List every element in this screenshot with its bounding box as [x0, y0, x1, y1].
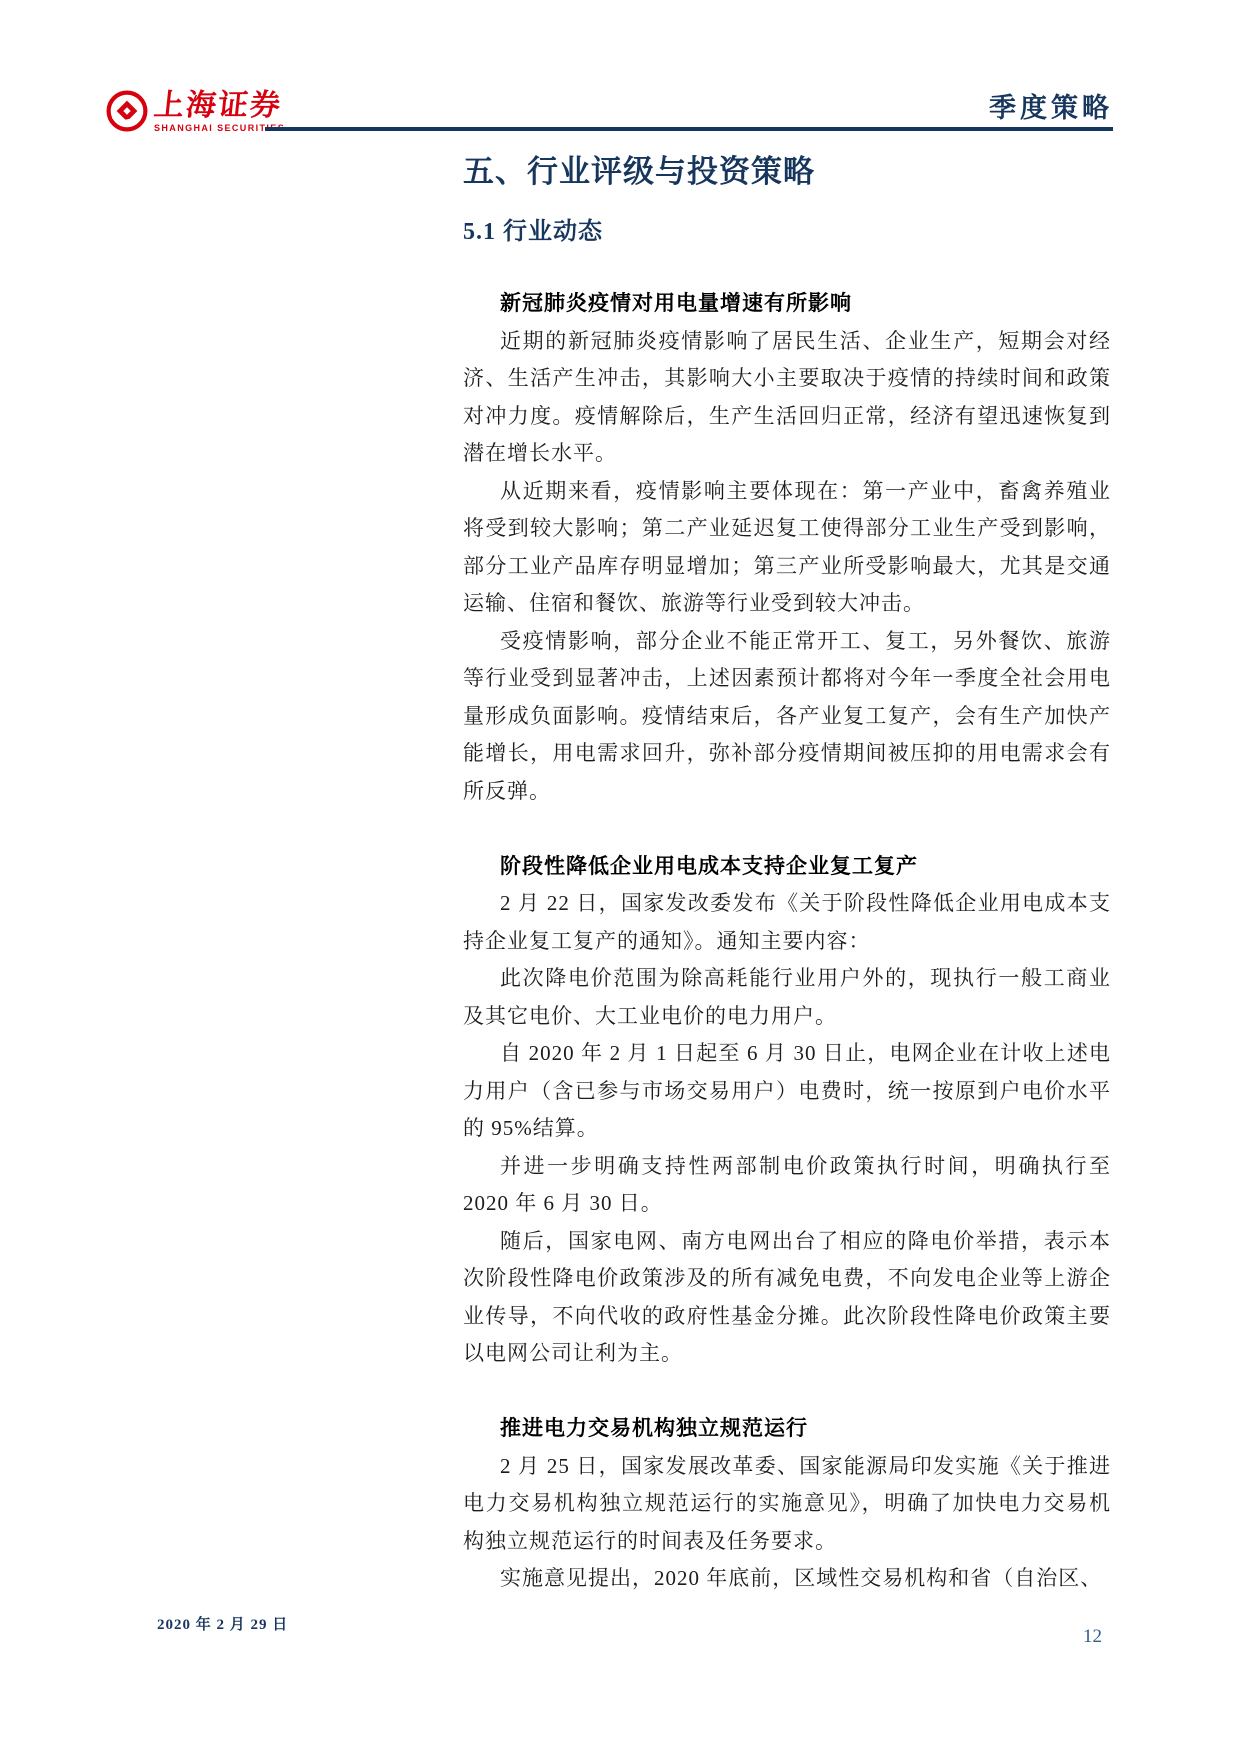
document-body: 五、行业评级与投资策略 5.1 行业动态 新冠肺炎疫情对用电量增速有所影响 近期… [463, 150, 1111, 1598]
paragraph: 2 月 22 日，国家发改委发布《关于阶段性降低企业用电成本支持企业复工复产的通… [463, 885, 1111, 960]
subsection-power-trading-institutions: 推进电力交易机构独立规范运行 2 月 25 日，国家发展改革委、国家能源局印发实… [463, 1410, 1111, 1598]
paragraph: 并进一步明确支持性两部制电价政策执行时间，明确执行至 2020 年 6 月 30… [463, 1148, 1111, 1223]
report-page: 上海证券 SHANGHAI SECURITIES 季度策略 五、行业评级与投资策… [0, 0, 1241, 1754]
subsection-heading: 新冠肺炎疫情对用电量增速有所影响 [463, 285, 1111, 323]
paragraph: 受疫情影响，部分企业不能正常开工、复工，另外餐饮、旅游等行业受到显著冲击，上述因… [463, 623, 1111, 811]
paragraph: 此次降电价范围为除高耗能行业用户外的，现执行一般工商业及其它电价、大工业电价的电… [463, 960, 1111, 1035]
subsection-heading: 推进电力交易机构独立规范运行 [463, 1410, 1111, 1448]
logo-emblem-icon [106, 90, 148, 132]
report-date: 2020 年 2 月 29 日 [157, 1613, 288, 1634]
subsection-heading: 阶段性降低企业用电成本支持企业复工复产 [463, 848, 1111, 886]
logo-chinese-name: 上海证券 [152, 90, 286, 122]
report-type-label: 季度策略 [989, 86, 1113, 125]
body-text: 新冠肺炎疫情对用电量增速有所影响 近期的新冠肺炎疫情影响了居民生活、企业生产，短… [463, 285, 1111, 1598]
section-title: 5.1 行业动态 [463, 214, 1111, 250]
subsection-electricity-cost-reduction: 阶段性降低企业用电成本支持企业复工复产 2 月 22 日，国家发改委发布《关于阶… [463, 848, 1111, 1373]
paragraph: 2 月 25 日，国家发展改革委、国家能源局印发实施《关于推进电力交易机构独立规… [463, 1448, 1111, 1561]
paragraph: 随后，国家电网、南方电网出台了相应的降电价举措，表示本次阶段性降电价政策涉及的所… [463, 1223, 1111, 1373]
header-divider [265, 127, 1113, 131]
paragraph: 近期的新冠肺炎疫情影响了居民生活、企业生产，短期会对经济、生活产生冲击，其影响大… [463, 323, 1111, 473]
page-number: 12 [1083, 1626, 1102, 1648]
paragraph: 自 2020 年 2 月 1 日起至 6 月 30 日止，电网企业在计收上述电力… [463, 1035, 1111, 1148]
paragraph: 实施意见提出，2020 年底前，区域性交易机构和省（自治区、 [463, 1560, 1111, 1598]
chapter-title: 五、行业评级与投资策略 [463, 150, 1111, 194]
paragraph: 从近期来看，疫情影响主要体现在：第一产业中，畜禽养殖业将受到较大影响；第二产业延… [463, 473, 1111, 623]
shanghai-securities-logo: 上海证券 SHANGHAI SECURITIES [106, 90, 285, 133]
subsection-covid-impact: 新冠肺炎疫情对用电量增速有所影响 近期的新冠肺炎疫情影响了居民生活、企业生产，短… [463, 285, 1111, 810]
